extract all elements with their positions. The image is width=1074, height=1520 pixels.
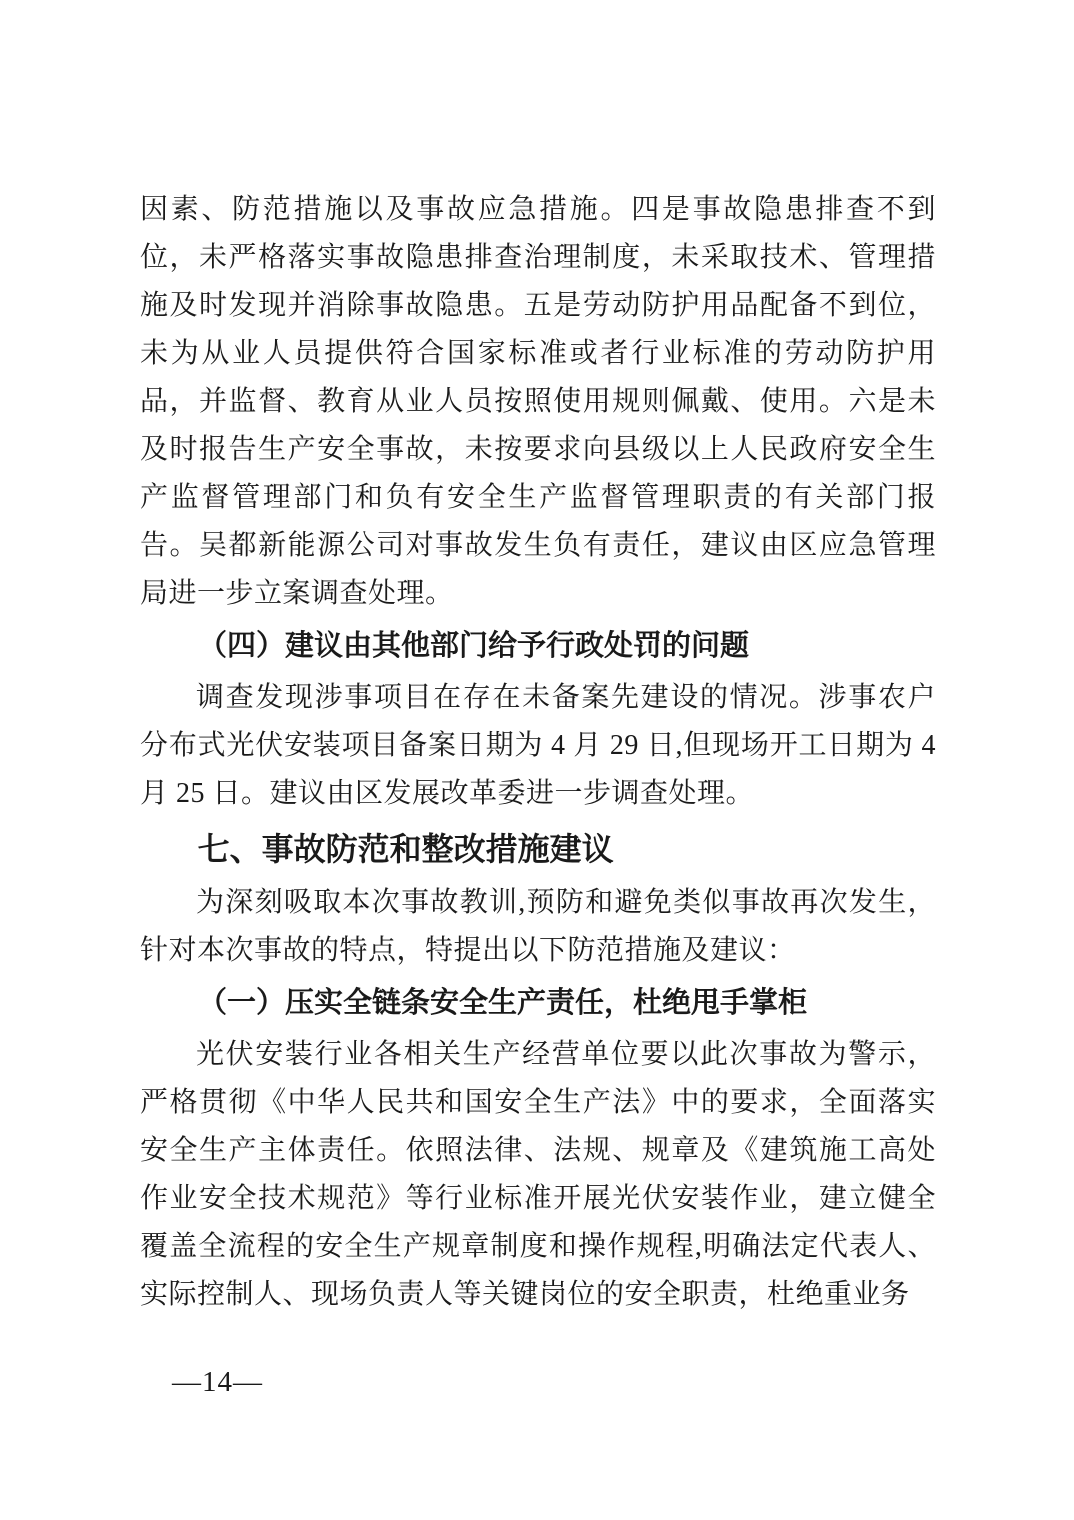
paragraph-section-4: 调查发现涉事项目在存在未备案先建设的情况。涉事农户分布式光伏安装项目备案日期为 …	[140, 674, 936, 818]
document-body: 因素、防范措施以及事故应急措施。四是事故隐患排查不到位，未严格落实事故隐患排查治…	[140, 186, 936, 1319]
document-page: 因素、防范措施以及事故应急措施。四是事故隐患排查不到位，未严格落实事故隐患排查治…	[0, 0, 1074, 1520]
paragraph-continuation: 因素、防范措施以及事故应急措施。四是事故隐患排查不到位，未严格落实事故隐患排查治…	[140, 186, 936, 618]
heading-item-1: （一）压实全链条安全生产责任，杜绝甩手掌柜	[140, 977, 936, 1029]
heading-section-4: （四）建议由其他部门给予行政处罚的问题	[140, 620, 936, 672]
paragraph-item-1: 光伏安装行业各相关生产经营单位要以此次事故为警示，严格贯彻《中华人民共和国安全生…	[140, 1031, 936, 1319]
paragraph-chapter-7-intro: 为深刻吸取本次事故教训,预防和避免类似事故再次发生，针对本次事故的特点，特提出以…	[140, 879, 936, 975]
page-number: —14—	[172, 1362, 263, 1402]
heading-chapter-7: 七、事故防范和整改措施建议	[140, 821, 936, 877]
